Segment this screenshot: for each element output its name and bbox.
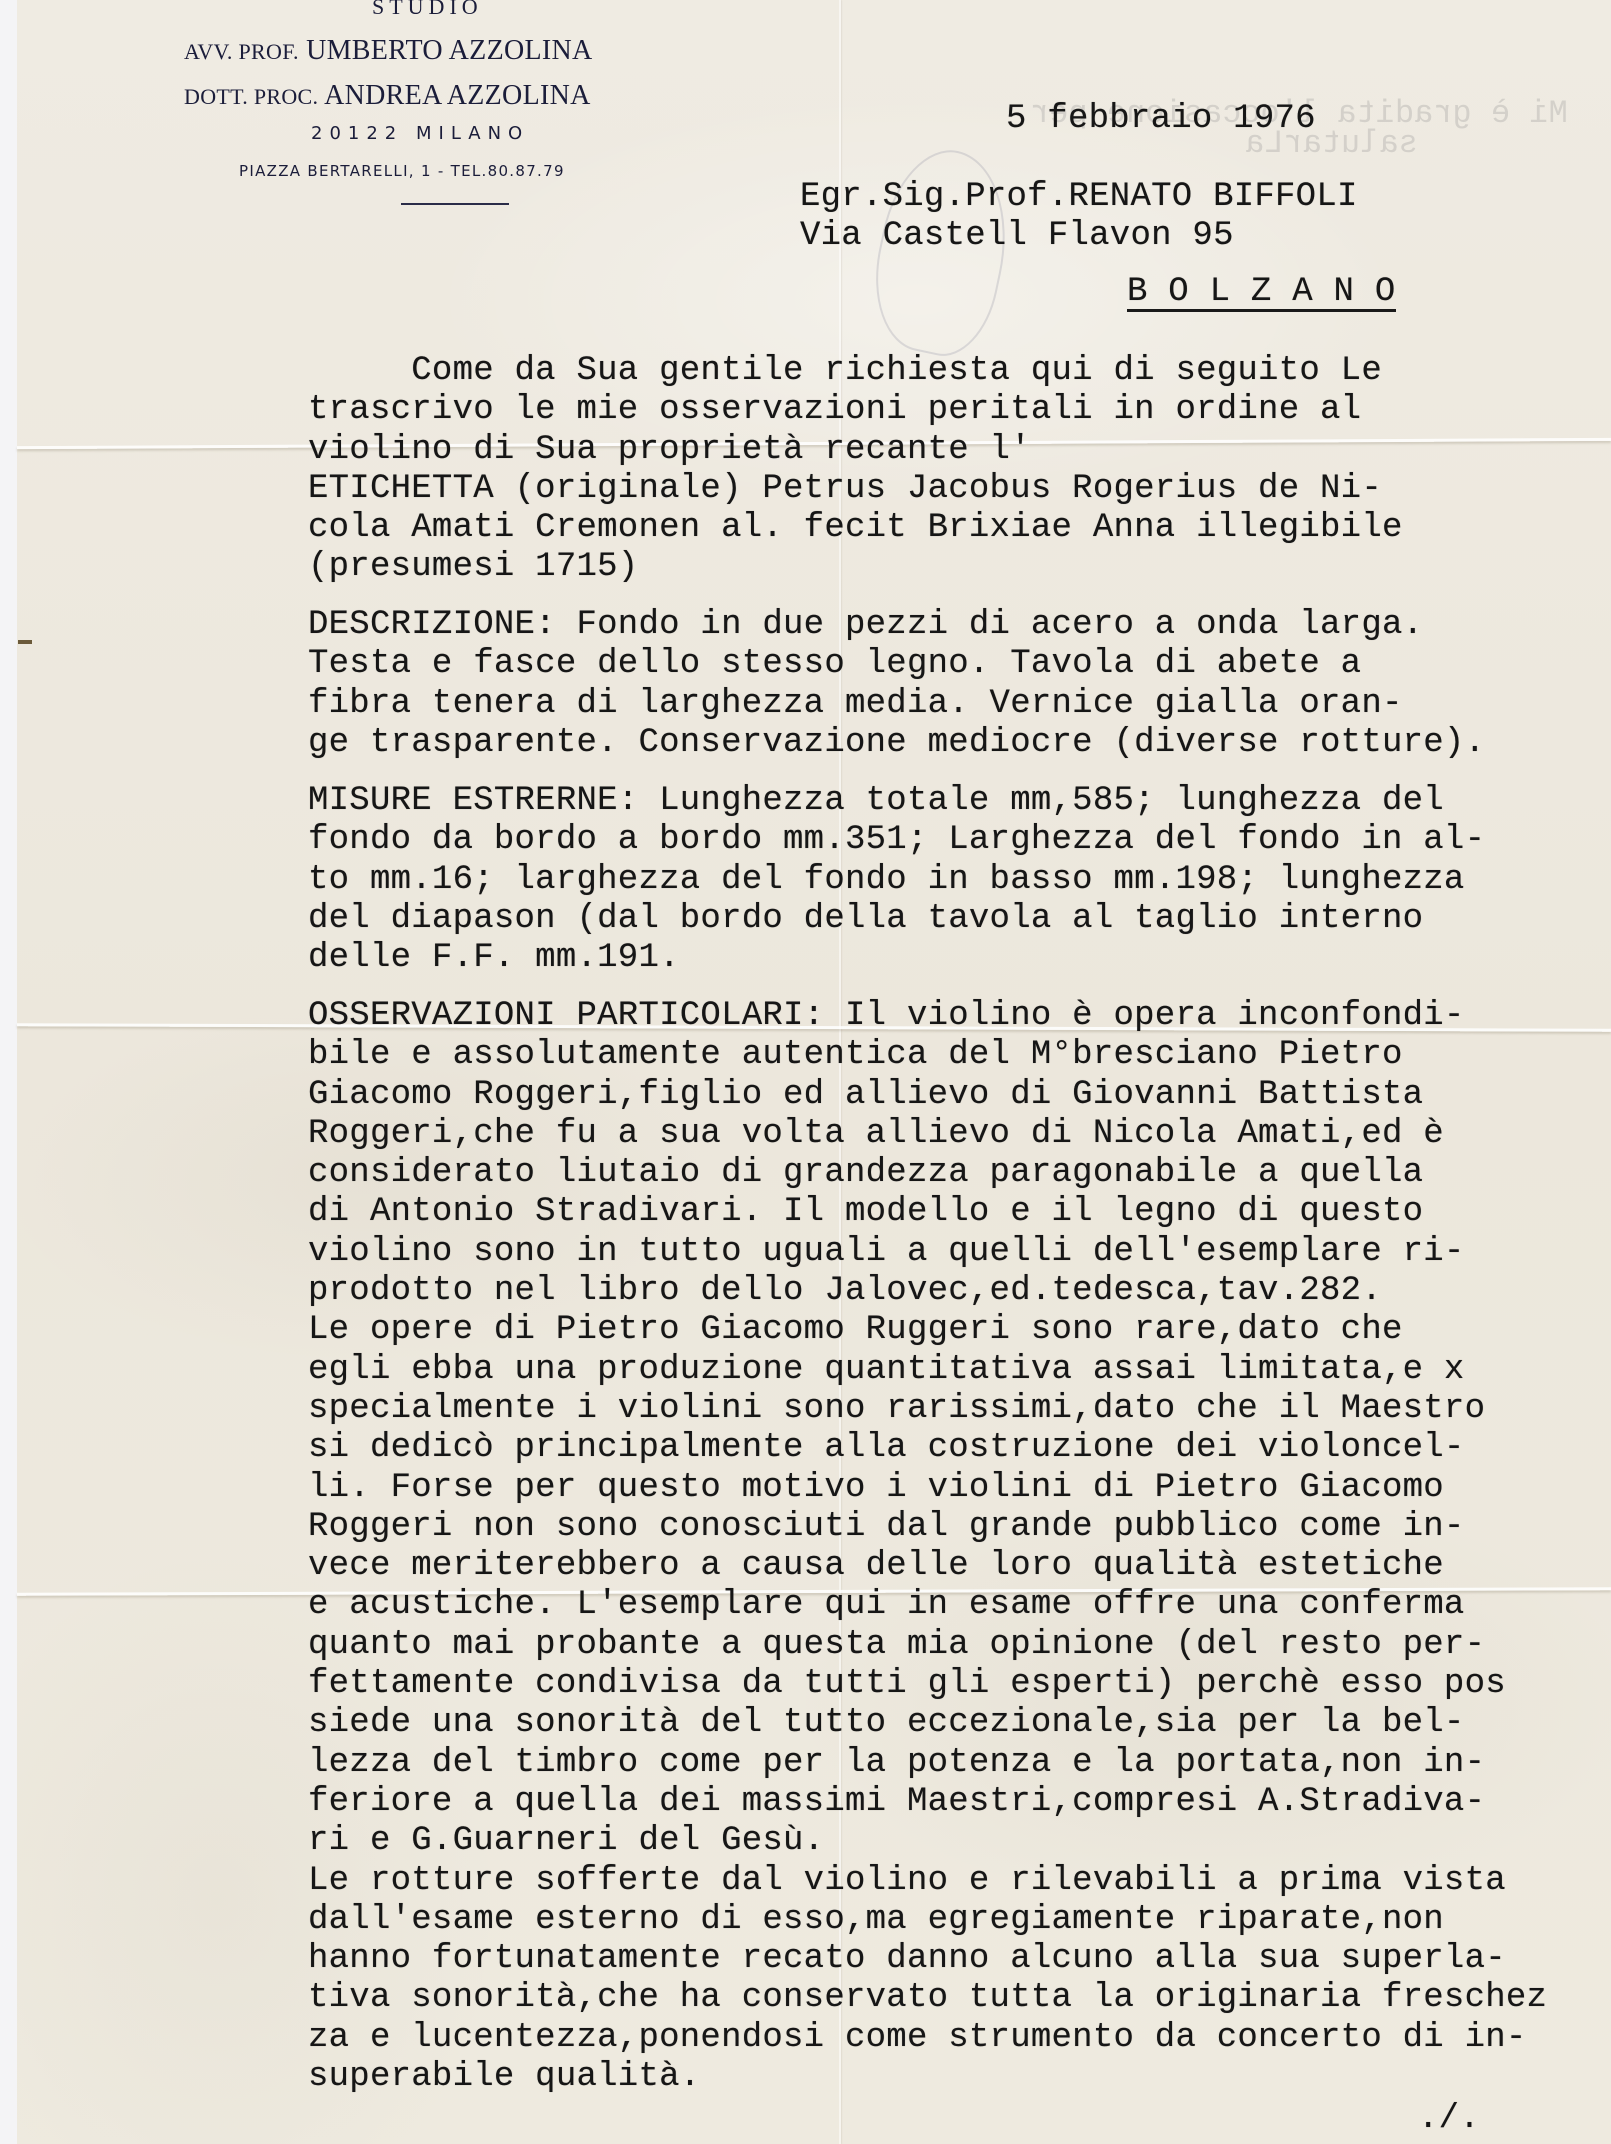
text-line: egli ebba una produzione quantitativa as…	[308, 1351, 1598, 1390]
paragraph-osservazioni: OSSERVAZIONI PARTICOLARI: Il violino è o…	[308, 997, 1598, 2097]
text-line: OSSERVAZIONI PARTICOLARI: Il violino è o…	[308, 997, 1598, 1036]
text-line: Come da Sua gentile richiesta qui di seg…	[308, 352, 1598, 391]
letterhead-rule	[401, 203, 509, 205]
continuation-mark: ./.	[1418, 2100, 1480, 2139]
letterhead-city: 20122 MILANO	[311, 123, 529, 144]
text-line: ge trasparente. Conservazione mediocre (…	[308, 724, 1598, 763]
text-line: Roggeri non sono conosciuti dal grande p…	[308, 1508, 1598, 1547]
text-line: trascrivo le mie osservazioni peritali i…	[308, 391, 1598, 430]
text-line: specialmente i violini sono rarissimi,da…	[308, 1390, 1598, 1429]
text-line: za e lucentezza,ponendosi come strumento…	[308, 2019, 1598, 2058]
text-line: Le opere di Pietro Giacomo Ruggeri sono …	[308, 1311, 1598, 1350]
paragraph-misure: MISURE ESTRERNE: Lunghezza totale mm,585…	[308, 782, 1598, 978]
text-line: fettamente condivisa da tutti gli espert…	[308, 1665, 1598, 1704]
letterhead-name-1: UMBERTO AZZOLINA	[306, 35, 592, 66]
text-line: DESCRIZIONE: Fondo in due pezzi di acero…	[308, 606, 1598, 645]
recipient-city-underline	[1127, 309, 1396, 312]
text-line: Roggeri,che fu a sua volta allievo di Ni…	[308, 1115, 1598, 1154]
text-line: siede una sonorità del tutto eccezionale…	[308, 1704, 1598, 1743]
text-line: fondo da bordo a bordo mm.351; Larghezza…	[308, 821, 1598, 860]
text-line: lezza del timbro come per la potenza e l…	[308, 1744, 1598, 1783]
letterhead-title-2: DOTT. PROC.	[184, 84, 318, 109]
text-line: prodotto nel libro dello Jalovec,ed.tede…	[308, 1272, 1598, 1311]
text-line: fibra tenera di larghezza media. Vernice…	[308, 685, 1598, 724]
text-line: to mm.16; larghezza del fondo in basso m…	[308, 861, 1598, 900]
letterhead-address: PIAZZA BERTARELLI, 1 - TEL.80.87.79	[239, 162, 565, 180]
text-line: quanto mai probante a questa mia opinion…	[308, 1626, 1598, 1665]
text-line: considerato liutaio di grandezza paragon…	[308, 1154, 1598, 1193]
paragraph-intro: Come da Sua gentile richiesta qui di seg…	[308, 352, 1598, 588]
text-line: del diapason (dal bordo della tavola al …	[308, 900, 1598, 939]
recipient-street: Via Castell Flavon 95	[800, 217, 1234, 256]
letter-date: 5 febbraio 1976	[1006, 100, 1316, 139]
letterhead-name-2: ANDREA AZZOLINA	[324, 80, 591, 111]
text-line: dall'esame esterno di esso,ma egregiamen…	[308, 1901, 1598, 1940]
text-line: MISURE ESTRERNE: Lunghezza totale mm,585…	[308, 782, 1598, 821]
text-line: cola Amati Cremonen al. fecit Brixiae An…	[308, 509, 1598, 548]
letterhead-name-andrea: DOTT. PROC. ANDREA AZZOLINA	[184, 80, 591, 112]
text-line: Testa e fasce dello stesso legno. Tavola…	[308, 645, 1598, 684]
text-line: feriore a quella dei massimi Maestri,com…	[308, 1783, 1598, 1822]
text-line: si dedicò principalmente alla costruzion…	[308, 1429, 1598, 1468]
text-line: li. Forse per questo motivo i violini di…	[308, 1469, 1598, 1508]
text-line: e acustiche. L'esemplare qui in esame of…	[308, 1586, 1598, 1625]
text-line: Giacomo Roggeri,figlio ed allievo di Gio…	[308, 1076, 1598, 1115]
text-line: violino sono in tutto uguali a quelli de…	[308, 1233, 1598, 1272]
recipient-city: B O L Z A N O	[1127, 273, 1396, 312]
text-line: Le rotture sofferte dal violino e rileva…	[308, 1862, 1598, 1901]
text-line: hanno fortunatamente recato danno alcuno…	[308, 1940, 1598, 1979]
text-line: tiva sonorità,che ha conservato tutta la…	[308, 1979, 1598, 2018]
text-line: delle F.F. mm.191.	[308, 939, 1598, 978]
letterhead-studio: STUDIO	[372, 0, 483, 20]
letterhead-title-1: AVV. PROF.	[184, 39, 299, 64]
text-line: bile e assolutamente autentica del M°bre…	[308, 1036, 1598, 1075]
letterhead-name-umberto: AVV. PROF. UMBERTO AZZOLINA	[184, 35, 593, 67]
paragraph-descrizione: DESCRIZIONE: Fondo in due pezzi di acero…	[308, 606, 1598, 763]
text-line: violino di Sua proprietà recante l'	[308, 431, 1598, 470]
text-line: ri e G.Guarneri del Gesù.	[308, 1822, 1598, 1861]
text-line: di Antonio Stradivari. Il modello e il l…	[308, 1193, 1598, 1232]
text-line: ETICHETTA (originale) Petrus Jacobus Rog…	[308, 470, 1598, 509]
recipient-name: Egr.Sig.Prof.RENATO BIFFOLI	[800, 178, 1358, 217]
text-line: superabile qualità.	[308, 2058, 1598, 2097]
paper-nick-mark	[18, 640, 32, 644]
text-line: vece meriterebbero a causa delle loro qu…	[308, 1547, 1598, 1586]
text-line: (presumesi 1715)	[308, 548, 1598, 587]
